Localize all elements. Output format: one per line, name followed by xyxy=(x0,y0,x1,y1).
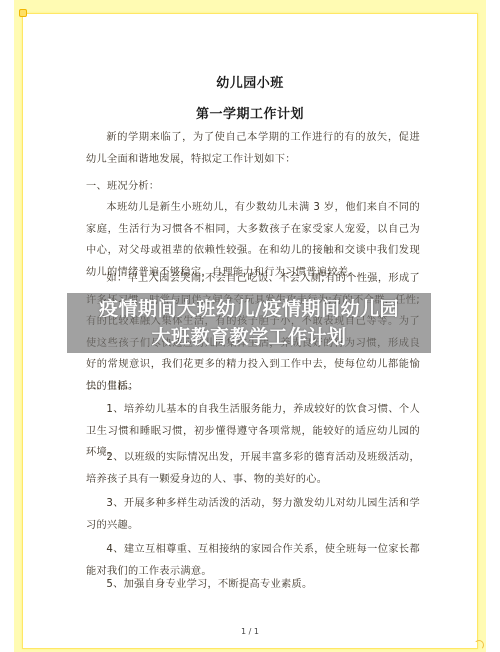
overlay-title-line-1: 疫情期间大班幼儿/疫情期间幼儿园 xyxy=(67,294,431,321)
section-heading-goals: 二、目标： xyxy=(86,377,138,392)
overlay-title-line-2: 大班教育教学工作计划 xyxy=(67,322,431,349)
document-subtitle: 第一学期工作计划 xyxy=(0,103,500,122)
goal-item-2: 2、以班级的实际情况出发，开展丰富多彩的德育活动及班级活动，培养孩子具有一颗爱身… xyxy=(86,447,420,490)
intro-paragraph: 新的学期来临了，为了使自己本学期的工作进行的有的放矢，促进幼儿全面和谐地发展，特… xyxy=(86,127,420,170)
corner-marker-icon xyxy=(19,9,27,17)
page-indicator: 1 / 1 xyxy=(0,627,500,636)
corner-curl-icon xyxy=(474,640,484,650)
section-heading-class-analysis: 一、班况分析： xyxy=(86,177,159,192)
goal-item-3: 3、开展多种多样生动活泼的活动，努力激发幼儿对幼儿园生活和学习的兴趣。 xyxy=(86,493,420,536)
goal-item-5: 5、加强自身专业学习，不断提高专业素质。 xyxy=(86,574,420,596)
document-title: 幼儿园小班 xyxy=(0,72,500,91)
